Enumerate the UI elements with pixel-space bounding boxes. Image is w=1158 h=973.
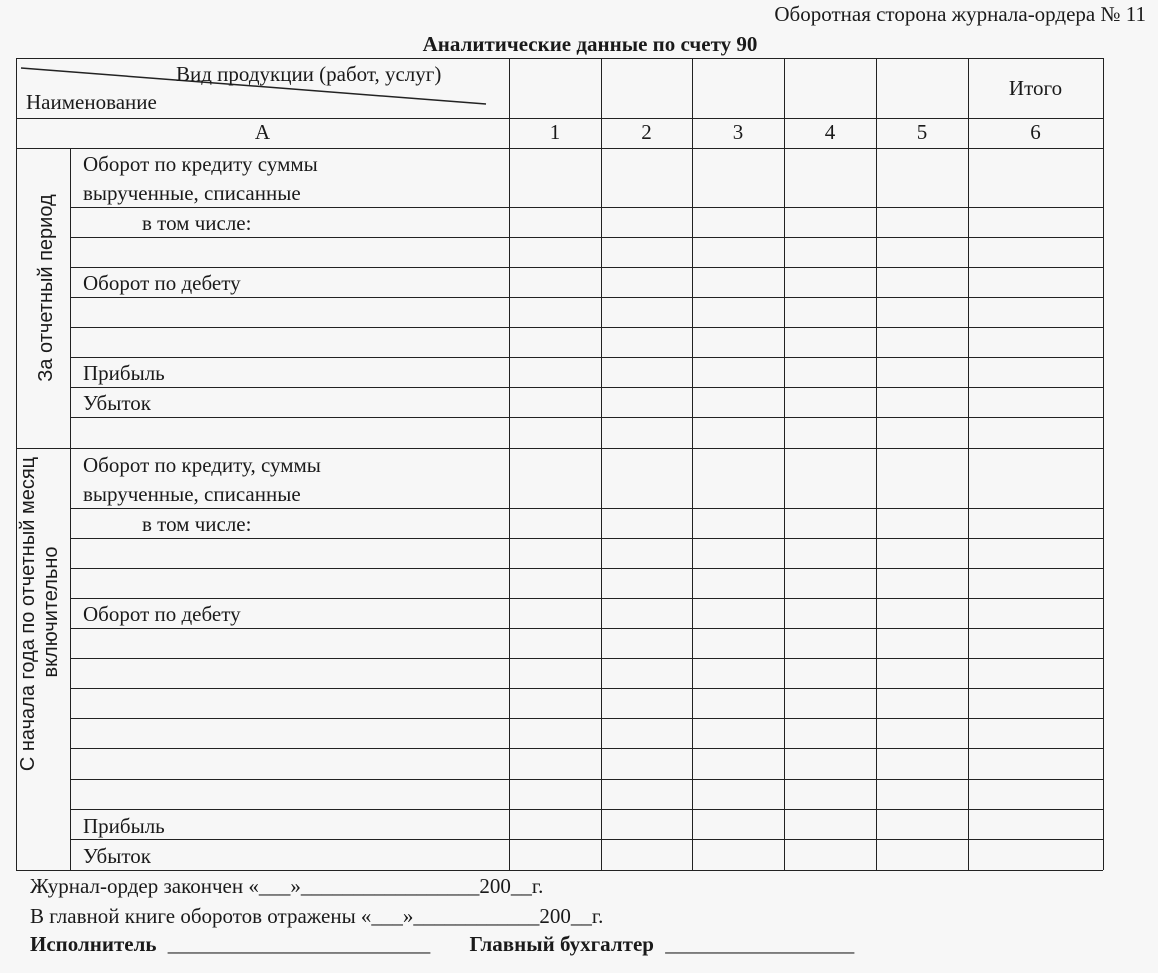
row-profit: Прибыль xyxy=(83,361,165,386)
row-loss: Убыток xyxy=(83,391,151,416)
executor-signature-field[interactable]: _________________________ xyxy=(168,932,431,956)
grid-line xyxy=(16,58,17,870)
grid-line xyxy=(70,508,1103,509)
grid-line xyxy=(70,839,1103,840)
document-form-note: Оборотная сторона журнала-ордера № 11 xyxy=(774,2,1146,27)
grid-line xyxy=(70,207,1103,208)
chief-accountant-signature-field[interactable]: __________________ xyxy=(665,932,854,956)
grid-line xyxy=(70,568,1103,569)
col-label-a: А xyxy=(16,120,509,145)
col-label-3: 3 xyxy=(692,120,784,145)
grid-line xyxy=(16,870,1103,871)
grid-line xyxy=(70,148,71,870)
row-ytd-debit-turnover: Оборот по дебету xyxy=(83,602,241,627)
col-label-4: 4 xyxy=(784,120,876,145)
row-credit-turnover-line2: вырученные, списанные xyxy=(83,181,301,206)
grid-line xyxy=(70,688,1103,689)
col-label-5: 5 xyxy=(876,120,968,145)
grid-line xyxy=(70,387,1103,388)
row-ytd-including: в том числе: xyxy=(142,512,251,537)
header-name: Наименование xyxy=(26,90,157,115)
grid-line xyxy=(70,267,1103,268)
row-ytd-credit-turnover-line2: вырученные, списанные xyxy=(83,482,301,507)
grid-line xyxy=(70,327,1103,328)
header-total: Итого xyxy=(968,76,1103,101)
signatures-row: Исполнитель _________________________ Гл… xyxy=(30,932,854,957)
analytics-table: Вид продукции (работ, услуг) Наименовани… xyxy=(16,58,1103,870)
grid-line xyxy=(70,417,1103,418)
section-label-year-to-date-inclusive: включительно xyxy=(38,472,64,752)
grid-line xyxy=(70,297,1103,298)
grid-line xyxy=(16,58,1103,59)
page-title: Аналитические данные по счету 90 xyxy=(0,32,1158,57)
col-label-2: 2 xyxy=(601,120,692,145)
grid-line xyxy=(16,148,1103,149)
grid-line xyxy=(1103,58,1104,870)
grid-line xyxy=(70,237,1103,238)
grid-line xyxy=(70,809,1103,810)
grid-line xyxy=(16,448,1103,449)
col-label-6: 6 xyxy=(968,120,1103,145)
executor-label: Исполнитель xyxy=(30,932,156,956)
grid-line xyxy=(70,718,1103,719)
grid-line xyxy=(70,748,1103,749)
grid-line xyxy=(70,658,1103,659)
row-ytd-profit: Прибыль xyxy=(83,814,165,839)
ledger-recorded-line[interactable]: В главной книге оборотов отражены «___»_… xyxy=(30,904,603,929)
row-ytd-loss: Убыток xyxy=(83,844,151,869)
section-label-reporting-period: За отчетный период xyxy=(31,158,61,418)
row-including: в том числе: xyxy=(142,211,251,236)
grid-line xyxy=(70,598,1103,599)
grid-line xyxy=(16,118,1103,119)
grid-line xyxy=(70,779,1103,780)
grid-line xyxy=(70,538,1103,539)
row-credit-turnover-line1: Оборот по кредиту суммы xyxy=(83,152,318,177)
header-product-type: Вид продукции (работ, услуг) xyxy=(176,62,441,87)
grid-line xyxy=(70,628,1103,629)
row-ytd-credit-turnover-line1: Оборот по кредиту, суммы xyxy=(83,453,321,478)
grid-line xyxy=(70,357,1103,358)
row-debit-turnover: Оборот по дебету xyxy=(83,271,241,296)
journal-completed-line[interactable]: Журнал-ордер закончен «___»_____________… xyxy=(30,874,543,899)
chief-accountant-label: Главный бухгалтер xyxy=(469,932,653,956)
col-label-1: 1 xyxy=(509,120,601,145)
